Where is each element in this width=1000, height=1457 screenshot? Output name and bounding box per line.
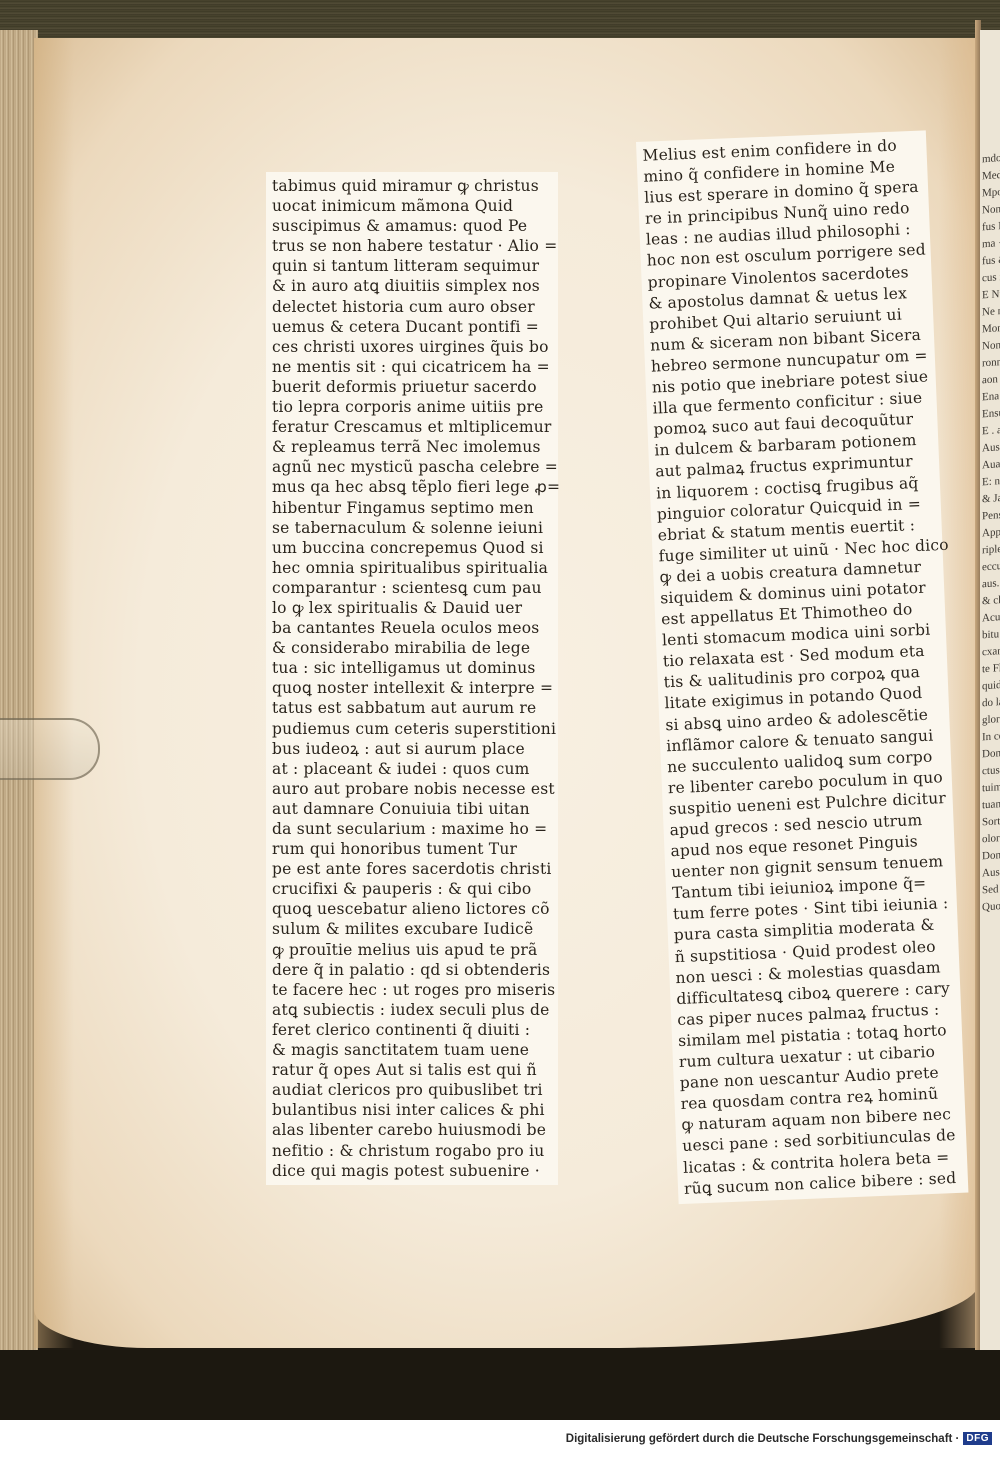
text-line: aut damnare Conuiuia tibi uitan xyxy=(272,799,552,819)
text-line: ronmand xyxy=(982,353,1000,373)
text-line: Sed xyxy=(982,880,1000,900)
text-line: olore H xyxy=(982,829,1000,849)
text-line: bus iudeoꝝ : aut si aurum place xyxy=(272,739,552,759)
text-line: riplexi xyxy=(982,540,1000,560)
text-line: tatus est sabbatum aut aurum re xyxy=(272,698,552,718)
left-text-column: tabimus quid miramur ꝙ christusuocat ini… xyxy=(266,172,558,1185)
text-line: agnũ nec mysticũ pascha celebre = xyxy=(272,457,552,477)
text-line: rum qui honoribus tument Tur xyxy=(272,839,552,859)
text-line: Pens lud xyxy=(982,506,1000,526)
text-line: ma · Se xyxy=(982,234,1000,254)
text-line: mus qa hec absꝗ tẽplo fieri lege ꝓ= xyxy=(272,477,552,497)
text-line: feratur Crescamus et mltiplicemur xyxy=(272,417,552,437)
text-line: atꝗ subiectis : iudex seculi plus de xyxy=(272,1000,552,1020)
text-line: do la xyxy=(982,693,1000,713)
text-line: se tabernaculum & solenne ieiuni xyxy=(272,518,552,538)
text-line: ratur q̃ opes Aut si talis est qui ñ xyxy=(272,1060,552,1080)
text-line: um buccina concrepemus Quod si xyxy=(272,538,552,558)
text-line: aon ille xyxy=(982,370,1000,390)
text-line: crucifixi & pauperis : & qui cibo xyxy=(272,879,552,899)
text-line: te facere hec : ut roges pro miseris xyxy=(272,980,552,1000)
text-line: fus Fr xyxy=(982,217,1000,237)
page-stack-edge xyxy=(0,30,38,1360)
right-text-column: Melius est enim confidere in domino q̃ c… xyxy=(636,130,968,1203)
text-line: & repleamus terrã Nec imolemus xyxy=(272,437,552,457)
text-line: E Numer xyxy=(982,285,1000,305)
footer-bar: Digitalisierung gefördert durch die Deut… xyxy=(0,1420,1000,1457)
text-line: Mponis xyxy=(982,183,1000,203)
dfg-logo: DFG xyxy=(963,1432,992,1445)
text-line: cus ign xyxy=(982,268,1000,288)
text-line: pe est ante fores sacerdotis christi xyxy=(272,859,552,879)
text-line: Sortitud xyxy=(982,812,1000,832)
text-line: mdo P xyxy=(982,149,1000,169)
text-line: ꝙ prouītie melius uis apud te prã xyxy=(272,940,552,960)
text-line: & magis sanctitatem tuam uene xyxy=(272,1040,552,1060)
text-line: comparantur : scientesꝗ cum pau xyxy=(272,578,552,598)
text-line: & cha xyxy=(982,591,1000,611)
text-line: hibentur Fingamus septimo men xyxy=(272,498,552,518)
text-line: ctus ba xyxy=(982,761,1000,781)
text-line: quid xyxy=(982,676,1000,696)
text-line: tua : sic intelligamus ut dominus xyxy=(272,658,552,678)
text-line: audiat clericos pro quibuslibet tri xyxy=(272,1080,552,1100)
text-line: quoꝗ uescebatur alieno lictores cõ xyxy=(272,899,552,919)
text-line: buerit deformis priuetur sacerdo xyxy=(272,377,552,397)
text-line: dere q̃ in palatio : qd si obtenderis xyxy=(272,960,552,980)
text-line: glori xyxy=(982,710,1000,730)
text-line: Ne mand xyxy=(982,302,1000,322)
text-line: pudiemus cum ceteris superstitioni xyxy=(272,719,552,739)
text-line: delectet historia cum auro obser xyxy=(272,297,552,317)
text-line: tabimus quid miramur ꝙ christus xyxy=(272,176,552,196)
text-line: Aus Laud xyxy=(982,438,1000,458)
text-line: Medu xyxy=(982,166,1000,186)
text-line: E: non xyxy=(982,472,1000,492)
text-line: ba cantantes Reuela oculos meos xyxy=(272,618,552,638)
text-line: bulantibus nisi inter calices & phi xyxy=(272,1100,552,1120)
text-line: tio lepra corporis anime uitiis pre xyxy=(272,397,552,417)
recto-page-fragment: mdo PMeduMponisNon adfus Frma · Sefus & … xyxy=(980,30,1000,1390)
recto-page-text: mdo PMeduMponisNon adfus Frma · Sefus & … xyxy=(982,149,1000,917)
text-line: hec omnia spiritualibus spiritualia xyxy=(272,558,552,578)
text-line: Acu xyxy=(982,608,1000,628)
text-line: Aus V xyxy=(982,863,1000,883)
text-line: trus se non habere testatur · Alio = xyxy=(272,236,552,256)
text-line: Ena & To xyxy=(982,387,1000,407)
text-line: fus & ci xyxy=(982,251,1000,271)
bookmark-strip xyxy=(0,718,100,780)
text-line: Domin xyxy=(982,744,1000,764)
text-line: ne mentis sit : qui cicatricem ha = xyxy=(272,357,552,377)
text-line: nefitio : & christum rogabo pro iu xyxy=(272,1141,552,1161)
text-line: at : placeant & iudei : quos cum xyxy=(272,759,552,779)
text-line: uocat inimicum mãmona Quid xyxy=(272,196,552,216)
text-line: tuimus c xyxy=(982,778,1000,798)
text-line: feret clerico continenti q̃ diuiti : xyxy=(272,1020,552,1040)
bottom-shadow xyxy=(0,1350,1000,1420)
text-line: quin si tantum litteram sequimur xyxy=(272,256,552,276)
text-line: & in auro atꝗ diuitiis simplex nos xyxy=(272,276,552,296)
text-line: tuam p xyxy=(982,795,1000,815)
text-line: eccust xyxy=(982,557,1000,577)
text-line: uemus & cetera Ducant pontifi = xyxy=(272,317,552,337)
text-line: auro aut probare nobis necesse est xyxy=(272,779,552,799)
text-line: suscipimus & amamus: quod Pe xyxy=(272,216,552,236)
text-line: bitu xyxy=(982,625,1000,645)
text-line: Appen xyxy=(982,523,1000,543)
text-line: da sunt secularium : maxime ho = xyxy=(272,819,552,839)
text-line: & Jaca xyxy=(982,489,1000,509)
text-line: Ensum & c xyxy=(982,404,1000,424)
text-line: & considerabo mirabilia de lege xyxy=(272,638,552,658)
text-line: dice qui magis potest subuenire · xyxy=(272,1161,552,1181)
text-line: cxan xyxy=(982,642,1000,662)
text-line: quoꝗ noster intellexit & interpre = xyxy=(272,678,552,698)
text-line: E . a form xyxy=(982,421,1000,441)
page-top-edge xyxy=(0,0,1000,40)
text-line: lo ꝙ lex spiritualis & Dauid uer xyxy=(272,598,552,618)
text-line: Domin xyxy=(982,846,1000,866)
text-line: Aua fran xyxy=(982,455,1000,475)
text-line: ces christi uxores uirgines q̃uis bo xyxy=(272,337,552,357)
text-line: Mon. Ad xyxy=(982,319,1000,339)
text-line: sulum & milites excubare Iudicẽ xyxy=(272,919,552,939)
text-line: Non ad xyxy=(982,200,1000,220)
text-line: alas libenter carebo huiusmodi be xyxy=(272,1120,552,1140)
text-line: aus. V xyxy=(982,574,1000,594)
text-line: te Fl xyxy=(982,659,1000,679)
text-line: Quo xyxy=(982,897,1000,917)
funding-credit: Digitalisierung gefördert durch die Deut… xyxy=(566,1433,960,1445)
text-line: Non. M xyxy=(982,336,1000,356)
text-line: In corp xyxy=(982,727,1000,747)
book-scan: mdo PMeduMponisNon adfus Frma · Sefus & … xyxy=(0,0,1000,1420)
